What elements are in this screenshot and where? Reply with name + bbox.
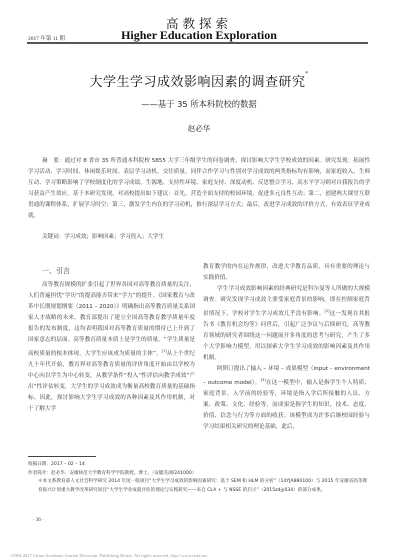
abstract: 摘 要：通过对 8 省市 35 所普通本科院校 5855 大学三年级学生的问卷调… xyxy=(28,156,370,222)
abstract-label: 摘 要： xyxy=(28,158,65,164)
paragraph-text: 这一发现在其报告书《教育机会均等》问世后，引起广泛争议与后续研究。高等教育领域的… xyxy=(203,311,370,361)
keywords-text: 学习成效；影响因素；学习投入；大学生 xyxy=(64,234,164,240)
received-date: 收稿日期：2017 – 02 – 14 xyxy=(28,461,370,470)
keywords: 关键词：学习成效；影响因素；学习投入；大学生 xyxy=(42,232,164,240)
page-number: · 36 · xyxy=(33,518,44,523)
body-paragraph: 高等教育规模的扩张引起了世界各国对高等教育质量的关注，人们普遍担忧“学历”的提高… xyxy=(28,280,195,415)
author-bio: 作者简介：赵必华，安徽师范大学教育科学学院教授，博士。（安徽芜湖/241000） xyxy=(28,470,370,479)
title-footnote-mark: * xyxy=(306,71,309,77)
section-heading-introduction: 一、引言 xyxy=(42,266,70,276)
body-column-left: 高等教育规模的扩张引起了世界各国对高等教育质量的关注，人们普遍担忧“学历”的提高… xyxy=(28,280,195,415)
article-title: 大学生学习成效影响因素的调查研究* xyxy=(0,71,398,90)
body-paragraph: 学生学习成效影响因素的经典研究是科尔曼等人所做的大规模调查。研究发现学习成效主要… xyxy=(203,284,370,364)
article-subtitle: ——基于 35 所本科院校的数据 xyxy=(0,98,398,110)
abstract-text: 通过对 8 省市 35 所普通本科院校 5855 大学三年级学生的问卷调查，探讨… xyxy=(28,158,370,219)
body-paragraph: 阿斯汀提出了输入 – 环境 – 成果模型（input – environment… xyxy=(203,364,370,433)
funding-note: ＊本文系教育部人文社会科学研究 2014 年度一般项目“大学生学习成效的影响因素… xyxy=(28,478,370,495)
paragraph-text: 高等教育规模的扩张引起了世界各国对高等教育质量的关注，人们普遍担忧“学历”的提高… xyxy=(28,282,195,357)
footnote-divider xyxy=(28,456,96,457)
issue-label: 2017 年第 11 期 xyxy=(28,34,65,42)
paragraph-text: 从上个世纪九十年代开始，教育界对高等教育质量的评价角度开始由以学校为中心向以学生… xyxy=(28,351,195,412)
paragraph-text: 在这一模型中，输入是指学生个人特质、家庭背景、入学前的经验等，环境是指入学后所接… xyxy=(203,380,370,430)
body-paragraph: 教育教学的内在运作规律，改进大学教育品质，具有重要的理论与实践价值。 xyxy=(203,262,370,284)
keywords-label: 关键词： xyxy=(42,234,64,240)
header-divider xyxy=(27,42,368,44)
article-title-text: 大学生学习成效影响因素的调查研究 xyxy=(89,75,305,90)
article-author: 赵必华 xyxy=(0,123,398,134)
footnotes: 收稿日期：2017 – 02 – 14 作者简介：赵必华，安徽师范大学教育科学学… xyxy=(28,461,370,495)
body-column-right: 教育教学的内在运作规律，改进大学教育品质，具有重要的理论与实践价值。 学生学习成… xyxy=(203,262,370,433)
copyright-notice: ?1994-2017 China Academic Journal Electr… xyxy=(10,553,207,558)
